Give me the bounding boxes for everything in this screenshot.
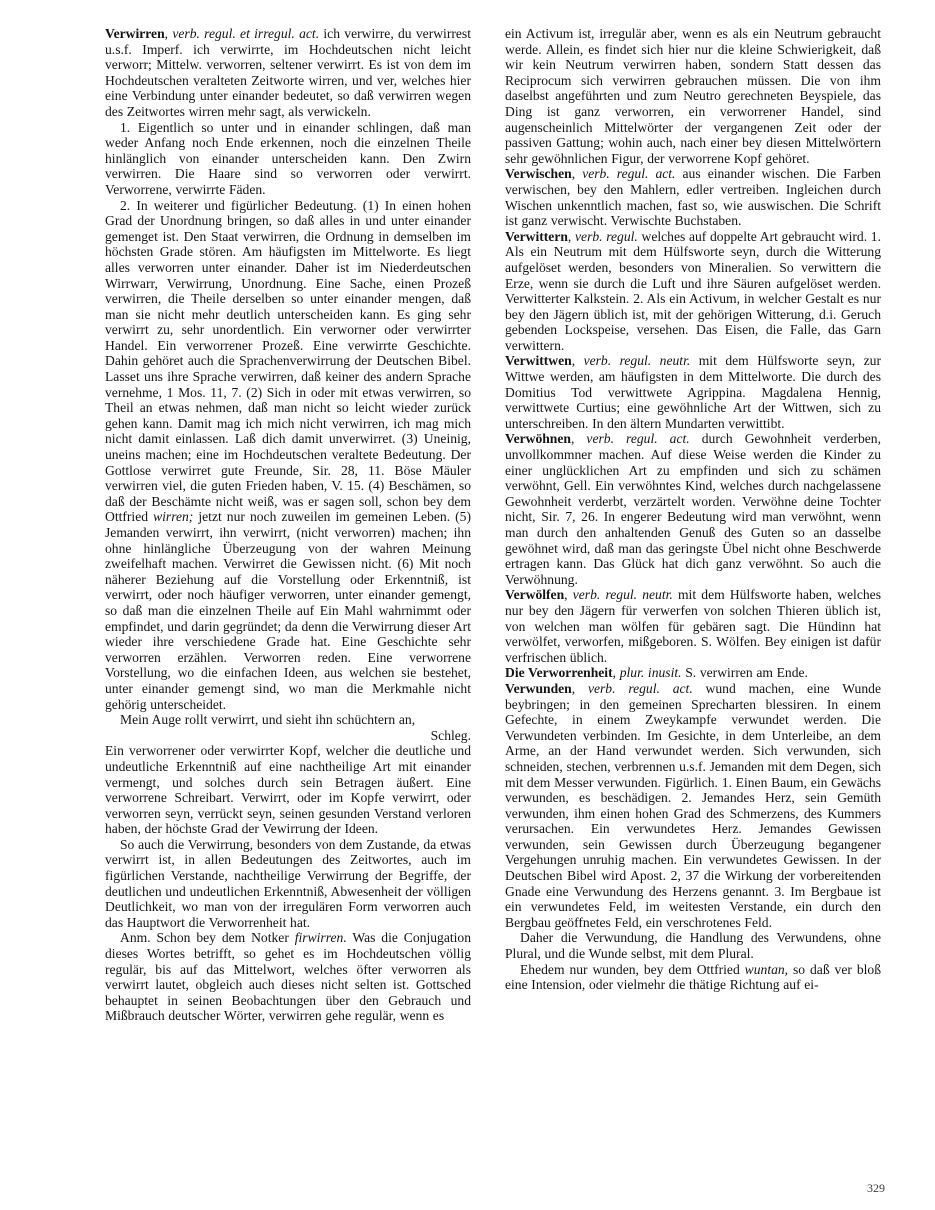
grammar-label: plur. inusit. bbox=[620, 665, 682, 680]
page-number: 329 bbox=[867, 1181, 885, 1196]
continuation-verworrener-kopf: Ein verworrener oder verwirrter Kopf, we… bbox=[105, 743, 471, 837]
sense-2: 2. In weiterer und figürlicher Bedeutung… bbox=[105, 198, 471, 713]
text-columns: Verwirren, verb. regul. et irregul. act.… bbox=[105, 26, 881, 1024]
headword: Verwöhnen bbox=[505, 431, 571, 446]
grammar-label: verb. regul. et irregul. act. bbox=[172, 26, 319, 41]
body-text: , bbox=[564, 587, 573, 602]
grammar-label: wuntan, bbox=[745, 962, 788, 977]
grammar-label: verb. regul. act. bbox=[586, 431, 689, 446]
body-text: S. verwirren am Ende. bbox=[682, 665, 808, 680]
grammar-label: firwirren. bbox=[295, 930, 347, 945]
entry-verwirren: Verwirren, verb. regul. et irregul. act.… bbox=[105, 26, 471, 120]
body-text: Ehedem nur wunden, bey dem Ottfried bbox=[520, 962, 745, 977]
sense-1: 1. Eigentlich so unter und in einander s… bbox=[105, 120, 471, 198]
entry-verwittwen: Verwittwen, verb. regul. neutr. mit dem … bbox=[505, 353, 881, 431]
body-text: , bbox=[572, 681, 588, 696]
grammar-label: verb. regul. act. bbox=[588, 681, 693, 696]
entry-verwischen: Verwischen, verb. regul. act. aus einand… bbox=[505, 166, 881, 228]
verse-attribution: Schleg. bbox=[105, 728, 471, 744]
body-text: ein Activum ist, irregulär aber, wenn es… bbox=[505, 26, 881, 166]
paragraph-ehedem: Ehedem nur wunden, bey dem Ottfried wunt… bbox=[505, 962, 881, 993]
body-text: , bbox=[568, 229, 575, 244]
body-text: 1. Eigentlich so unter und in einander s… bbox=[105, 120, 471, 197]
body-text: , bbox=[572, 353, 584, 368]
headword: Verwischen bbox=[505, 166, 572, 181]
body-text: 2. In weiterer und figürlicher Bedeutung… bbox=[105, 198, 471, 525]
headword: Verwunden bbox=[505, 681, 572, 696]
grammar-label: verb. regul. neutr. bbox=[584, 353, 691, 368]
body-text: Ein verworrener oder verwirrter Kopf, we… bbox=[105, 743, 471, 836]
grammar-label: verb. regul. neutr. bbox=[573, 587, 673, 602]
paragraph-verwirrung: So auch die Verwirrung, besonders von de… bbox=[105, 837, 471, 931]
entry-verwunden: Verwunden, verb. regul. act. wund machen… bbox=[505, 681, 881, 931]
left-column: Verwirren, verb. regul. et irregul. act.… bbox=[105, 26, 471, 1024]
grammar-label: wirren; bbox=[153, 509, 193, 524]
entry-verwoelfen: Verwölfen, verb. regul. neutr. mit dem H… bbox=[505, 587, 881, 665]
headword: Verwittwen bbox=[505, 353, 572, 368]
dictionary-page: Verwirren, verb. regul. et irregul. act.… bbox=[0, 0, 935, 1210]
body-text: , bbox=[571, 431, 586, 446]
body-text: durch Gewohnheit verderben, unvollkommne… bbox=[505, 431, 881, 586]
body-text: welches auf doppelte Art gebraucht wird.… bbox=[505, 229, 881, 353]
body-text: Mein Auge rollt verwirrt, und sieht ihn … bbox=[120, 712, 415, 727]
body-text: Daher die Verwundung, die Handlung des V… bbox=[505, 930, 881, 961]
body-text: jetzt nur noch zuweilen im gemeinen Lebe… bbox=[105, 509, 471, 711]
right-column: ein Activum ist, irregulär aber, wenn es… bbox=[505, 26, 881, 1024]
paragraph-verwundung: Daher die Verwundung, die Handlung des V… bbox=[505, 930, 881, 961]
body-text: , bbox=[613, 665, 620, 680]
entry-verwittern: Verwittern, verb. regul. welches auf dop… bbox=[505, 229, 881, 354]
entry-verwoehnen: Verwöhnen, verb. regul. act. durch Gewoh… bbox=[505, 431, 881, 587]
entry-die-verworrenheit: Die Verworrenheit, plur. inusit. S. verw… bbox=[505, 665, 881, 681]
headword: Verwölfen bbox=[505, 587, 564, 602]
body-text: So auch die Verwirrung, besonders von de… bbox=[105, 837, 471, 930]
body-text: , bbox=[572, 166, 582, 181]
grammar-label: verb. regul. bbox=[575, 229, 638, 244]
verse-line: Mein Auge rollt verwirrt, und sieht ihn … bbox=[105, 712, 471, 728]
grammar-label: verb. regul. act. bbox=[582, 166, 675, 181]
headword: Verwittern bbox=[505, 229, 568, 244]
headword: Die Verworrenheit bbox=[505, 665, 613, 680]
body-text: Anm. Schon bey dem Notker bbox=[120, 930, 295, 945]
paragraph-anmerkung: Anm. Schon bey dem Notker firwirren. Was… bbox=[105, 930, 471, 1024]
headword: Verwirren bbox=[105, 26, 165, 41]
body-text: wund machen, eine Wunde beybringen; in d… bbox=[505, 681, 881, 930]
body-text: Schleg. bbox=[431, 728, 471, 743]
continuation-anmerkung: ein Activum ist, irregulär aber, wenn es… bbox=[505, 26, 881, 166]
